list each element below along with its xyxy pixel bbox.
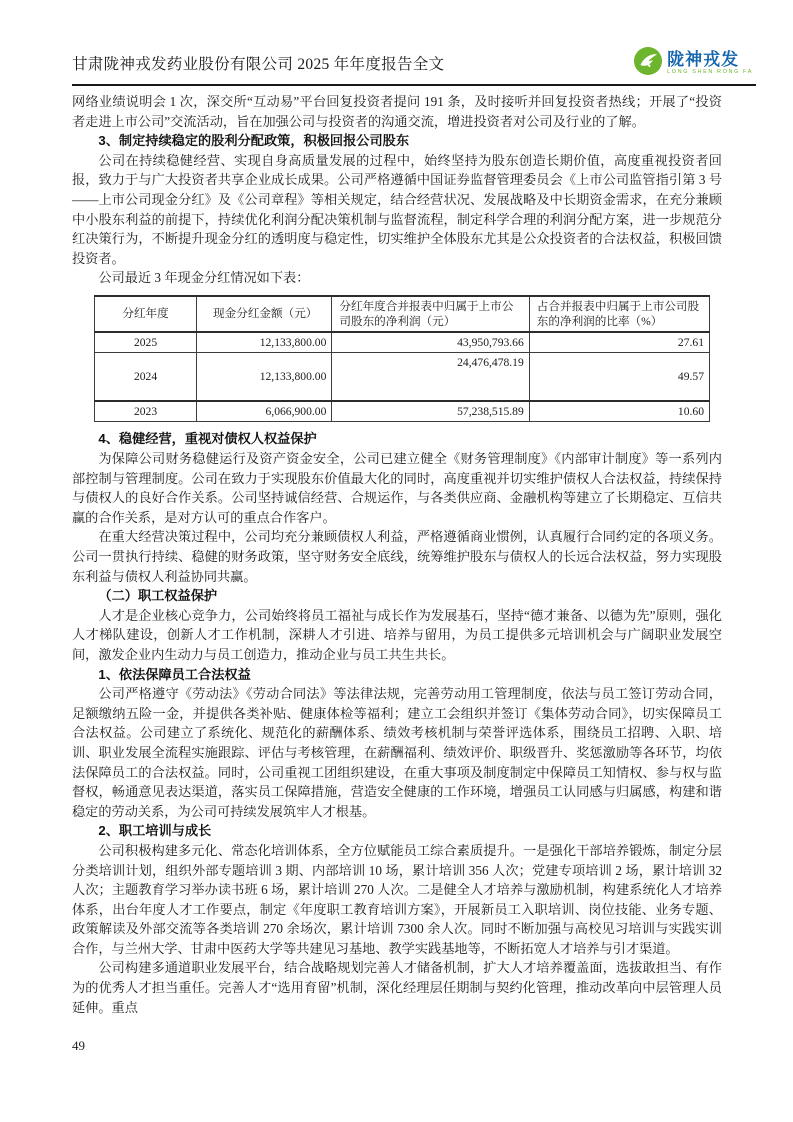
- paragraph-section-4-2: 在重大经营决策过程中，公司均充分兼顾债权人利益，严格遵循商业惯例，认真履行合同约…: [72, 527, 722, 586]
- cell-amount: 6,066,900.00: [197, 401, 332, 422]
- cell-amount: 12,133,800.00: [197, 352, 332, 401]
- dividend-table: 分红年度 现金分红金额（元） 分红年度合并报表中归属于上市公司股东的净利润（元）…: [94, 295, 710, 423]
- paragraph-sub-2-training: 公司积极构建多元化、常态化培训体系，全方位赋能员工综合素质提升。一是强化干部培养…: [72, 841, 722, 959]
- table-row-2024: 2024 12,133,800.00 24,476,478.19 49.57: [95, 352, 710, 401]
- paragraph-section-3: 公司在持续稳健经营、实现自身高质量发展的过程中，始终坚持为股东创造长期价值，高度…: [72, 151, 722, 269]
- cell-ratio: 10.60: [529, 401, 709, 422]
- logo-subtitle: LONG SHEN RONG FA: [667, 70, 753, 76]
- paragraph-continuation: 网络业绩说明会 1 次，深交所“互动易”平台回复投资者提问 191 条，及时接听…: [72, 92, 722, 131]
- document-body: 网络业绩说明会 1 次，深交所“互动易”平台回复投资者提问 191 条，及时接听…: [72, 92, 722, 1017]
- heading-sub-1-legal-rights: 1、依法保障员工合法权益: [72, 665, 722, 685]
- paragraph-sub-1: 公司严格遵守《劳动法》《劳动合同法》等法律法规，完善劳动用工管理制度，依法与员工…: [72, 684, 722, 821]
- cell-ratio: 49.57: [529, 352, 709, 401]
- cell-year: 2024: [95, 352, 197, 401]
- table-row-2023: 2023 6,066,900.00 57,238,515.89 10.60: [95, 401, 710, 422]
- cell-net-profit: 24,476,478.19: [332, 352, 529, 401]
- cell-ratio: 27.61: [529, 332, 709, 353]
- col-header-year: 分红年度: [95, 296, 197, 332]
- heading-sub-2-training: 2、职工培训与成长: [72, 821, 722, 841]
- paragraph-table-intro: 公司最近 3 年现金分红情况如下表：: [72, 268, 722, 288]
- col-header-amount: 现金分红金额（元）: [197, 296, 332, 332]
- cell-year: 2025: [95, 332, 197, 353]
- cell-net-profit: 57,238,515.89: [332, 401, 529, 422]
- report-page: 甘肃陇神戎发药业股份有限公司 2025 年年度报告全文 陇神戎发 LONG SH…: [0, 0, 793, 1122]
- heading-section-3: 3、制定持续稳定的股利分配政策，积极回报公司股东: [72, 131, 722, 151]
- logo-text: 陇神戎发 LONG SHEN RONG FA: [667, 51, 753, 76]
- dividend-table-header-row: 分红年度 现金分红金额（元） 分红年度合并报表中归属于上市公司股东的净利润（元）…: [95, 296, 710, 332]
- company-logo: 陇神戎发 LONG SHEN RONG FA: [633, 46, 753, 81]
- page-title: 甘肃陇神戎发药业股份有限公司 2025 年年度报告全文: [72, 52, 444, 74]
- heading-section-4: 4、稳健经营，重视对债权人权益保护: [72, 429, 722, 449]
- paragraph-section-4-1: 为保障公司财务稳健运行及资产资金安全，公司已建立健全《财务管理制度》《内部审计制…: [72, 449, 722, 527]
- cell-year: 2023: [95, 401, 197, 422]
- col-header-net-profit: 分红年度合并报表中归属于上市公司股东的净利润（元）: [332, 296, 529, 332]
- table-row-2025: 2025 12,133,800.00 43,950,793.66 27.61: [95, 332, 710, 353]
- cell-net-profit: 43,950,793.66: [332, 332, 529, 353]
- logo-brand-name: 陇神戎发: [667, 51, 753, 68]
- col-header-ratio: 占合并报表中归属于上市公司股东的净利润的比率（%）: [529, 296, 709, 332]
- header-divider: [72, 84, 756, 86]
- page-number: 49: [72, 1038, 85, 1054]
- heading-part-2-employee-rights: （二）职工权益保护: [72, 586, 722, 606]
- logo-bird-icon: [633, 46, 663, 81]
- paragraph-part-2-intro: 人才是企业核心竞争力，公司始终将员工福祉与成长作为发展基石，坚持“德才兼备、以德…: [72, 606, 722, 665]
- paragraph-sub-2-career: 公司构建多通道职业发展平台，结合战略规划完善人才储备机制，扩大人才培养覆盖面，选…: [72, 958, 722, 1017]
- cell-amount: 12,133,800.00: [197, 332, 332, 353]
